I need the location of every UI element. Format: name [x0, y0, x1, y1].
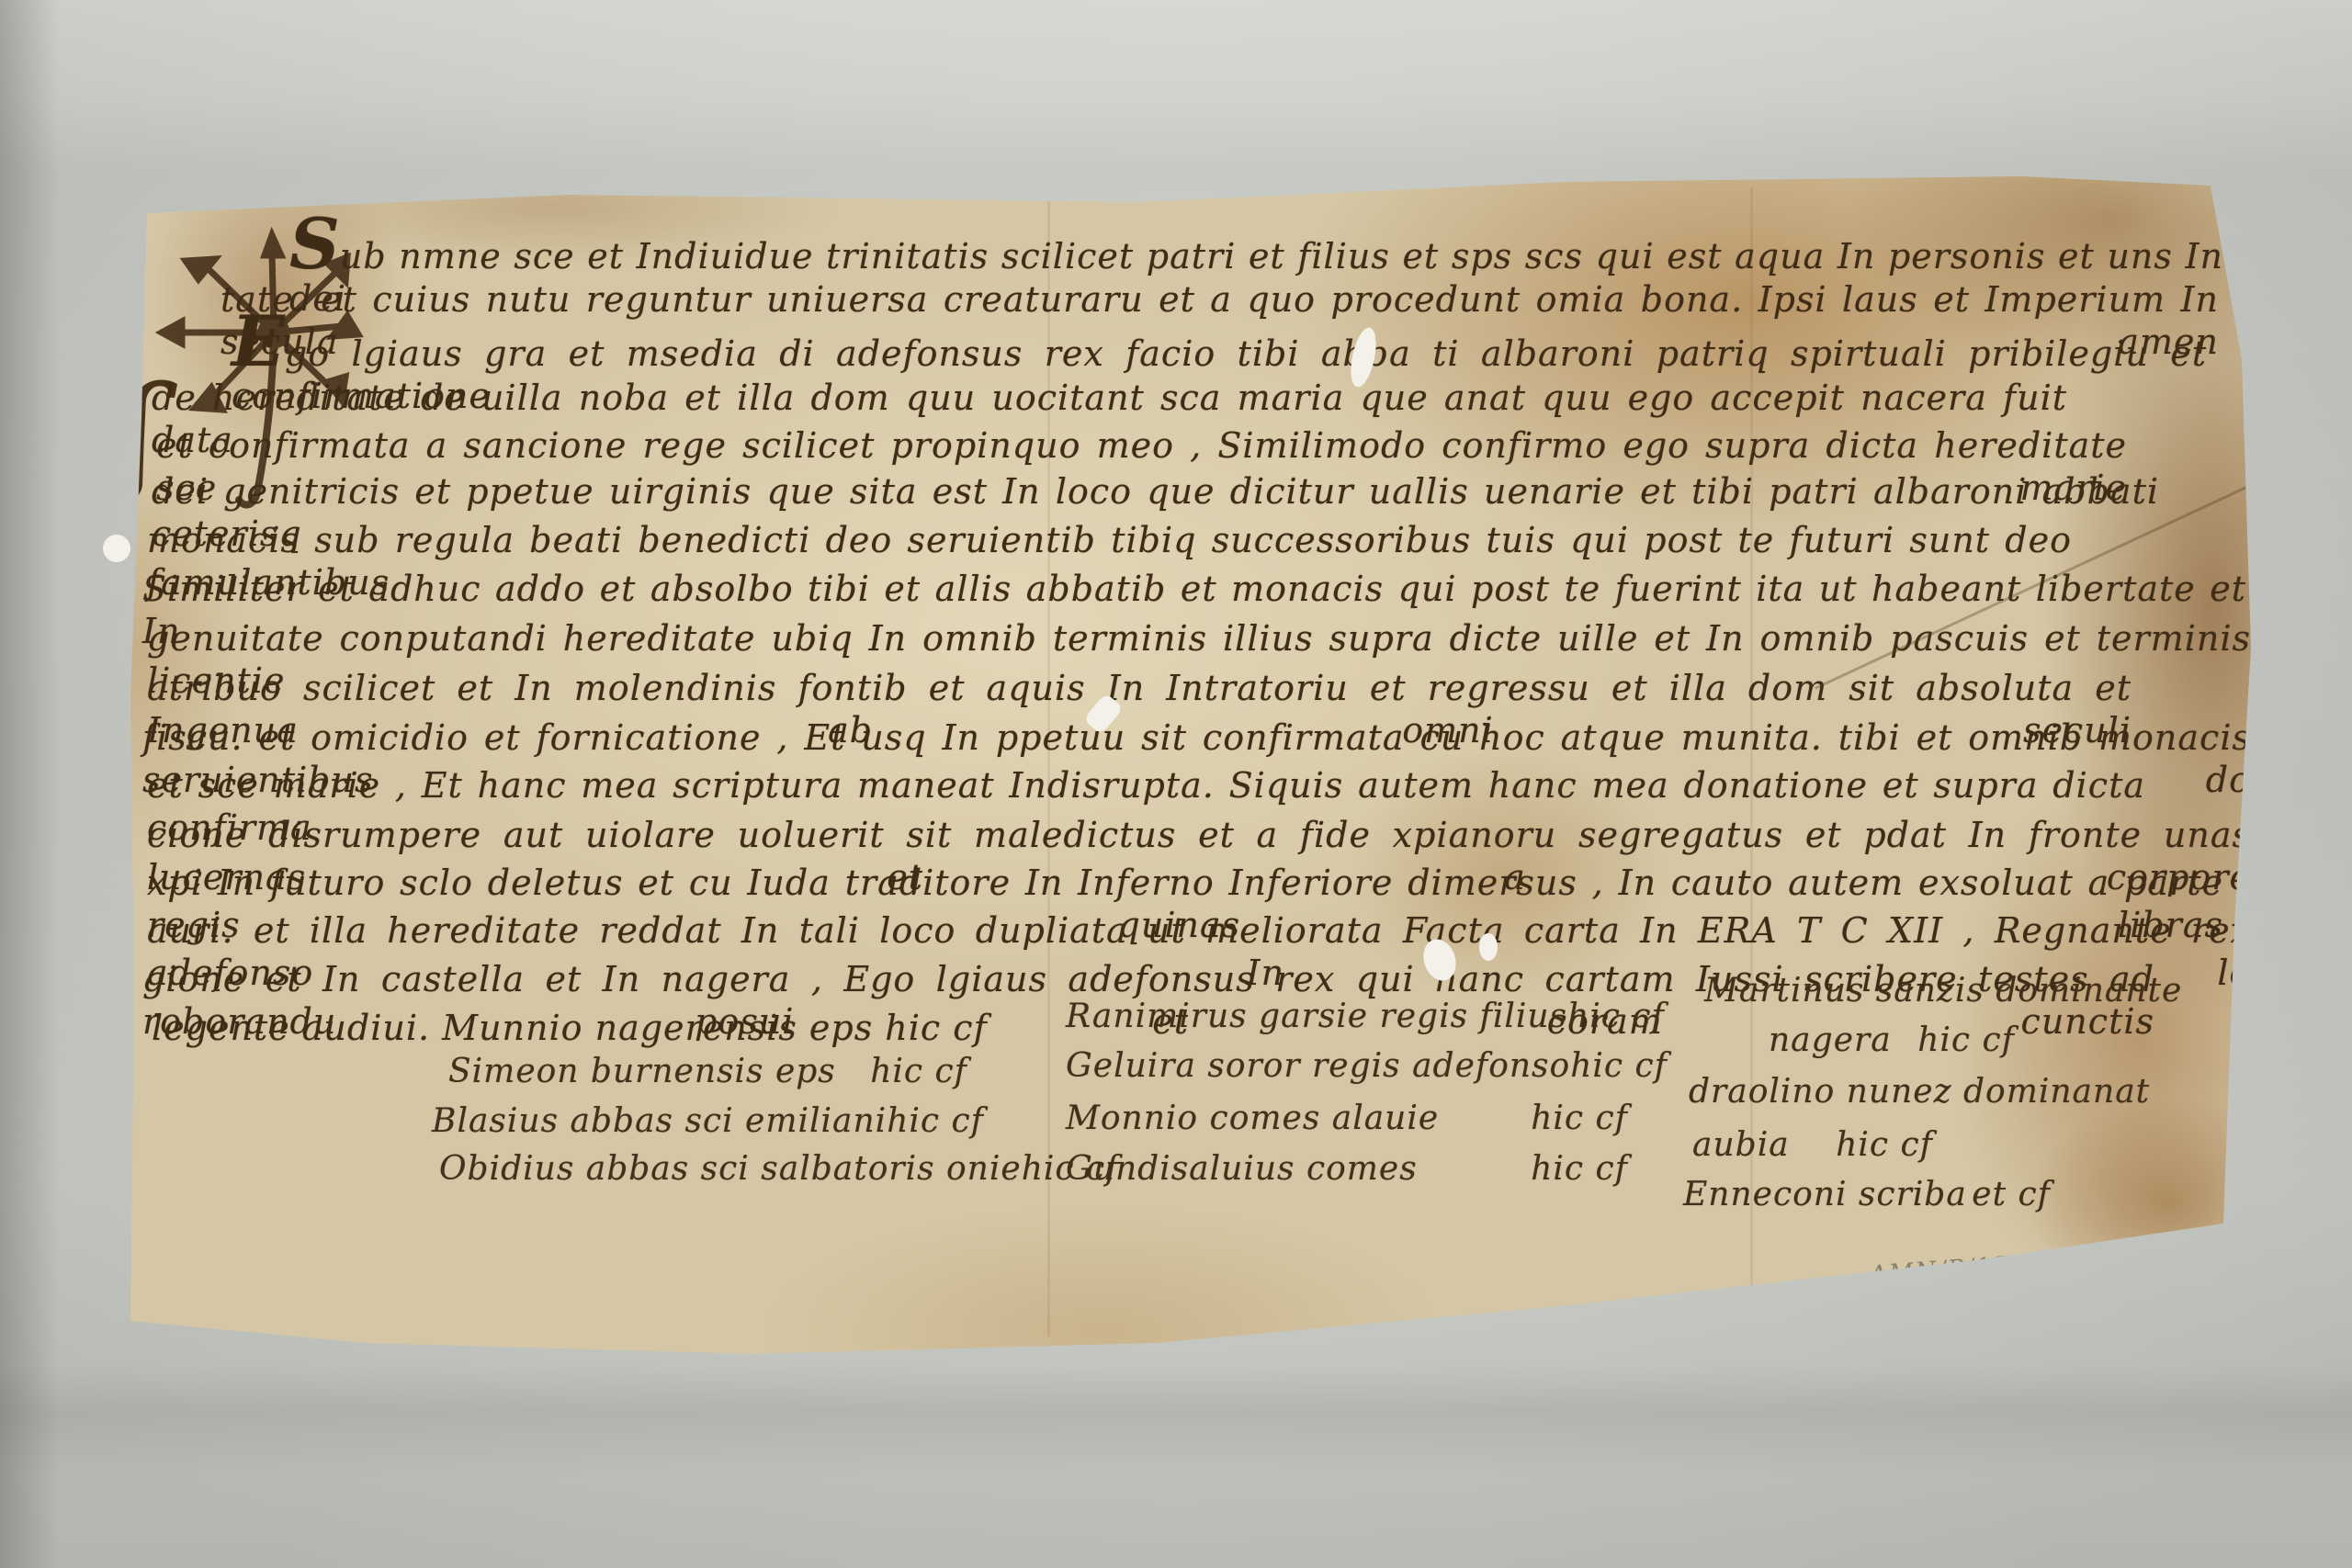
- witness-name: Monnio comes alauie: [1066, 1100, 1439, 1137]
- vertical-fold-line: [1750, 188, 1753, 1337]
- witness-confirmation: et cf: [1972, 1176, 2051, 1213]
- parchment-charter: ʃ Sub nmne sce et Indiuidue trinitatis s…: [0, 0, 2352, 1568]
- parchment-edge-notch: [103, 535, 130, 562]
- witness-middle-1: Ranimirus garsie regis filius hic cf: [1066, 998, 1635, 1035]
- witness-confirmation: hic cf: [1567, 998, 1665, 1035]
- witness-middle-3: Monnio comes alauie hic cf: [1066, 1100, 1628, 1137]
- witness-name: Simeon burnensis eps: [448, 1053, 836, 1090]
- witness-confirmation: hic cf: [1917, 1021, 2015, 1059]
- witness-right-1: Martinus sanzis dominante: [1704, 972, 2182, 1010]
- witness-confirmation: hic cf: [1570, 1047, 1668, 1085]
- witness-name: Ranimirus garsie regis filius: [1066, 998, 1567, 1035]
- witness-middle-2: Geluira soror regis adefonso hic cf: [1066, 1047, 1631, 1085]
- witness-right-3: draolino nunez dominanat: [1689, 1073, 2150, 1111]
- vertical-fold-line: [1047, 188, 1050, 1337]
- witness-left-3: Obidius abbas sci salbatoris onie hic cf: [439, 1150, 1064, 1188]
- witness-name: Obidius abbas sci salbatoris onie: [439, 1150, 1022, 1188]
- witness-right-2: nagera hic cf: [1769, 1021, 2015, 1059]
- witness-name: Geluira soror regis adefonso: [1066, 1047, 1570, 1085]
- witness-name: aubia: [1692, 1126, 1790, 1164]
- witness-name: Enneconi scriba: [1683, 1176, 1967, 1213]
- witness-left-2: Blasius abbas sci emiliani hic cf: [432, 1102, 983, 1140]
- witness-name: Blasius abbas sci emiliani: [432, 1102, 887, 1140]
- witness-confirmation: hic cf: [1531, 1150, 1628, 1188]
- witness-left-1: Simeon burnensis eps hic cf: [448, 1053, 967, 1090]
- witness-middle-4: Gundisaluius comes hic cf: [1066, 1150, 1628, 1188]
- witness-right-5: Enneconi scriba et cf: [1683, 1176, 2051, 1213]
- witness-name: Gundisaluius comes: [1066, 1150, 1418, 1188]
- parchment-hole: [1479, 933, 1498, 961]
- witness-confirmation: hic cf: [1531, 1100, 1628, 1137]
- witness-right-4: aubia hic cf: [1692, 1126, 1933, 1164]
- archival-pencil-note: AMN/P/15/2/3: [1869, 1248, 2064, 1290]
- witness-confirmation: hic cf: [887, 1102, 984, 1140]
- witness-name: draolino nunez dominanat: [1689, 1073, 2150, 1111]
- witness-confirmation: hic cf: [870, 1053, 967, 1090]
- witness-confirmation: hic cf: [1836, 1126, 1933, 1164]
- photo-background: ʃ Sub nmne sce et Indiuidue trinitatis s…: [0, 0, 2352, 1568]
- witness-name: Martinus sanzis dominante: [1704, 972, 2182, 1010]
- witness-name: nagera: [1769, 1021, 1892, 1059]
